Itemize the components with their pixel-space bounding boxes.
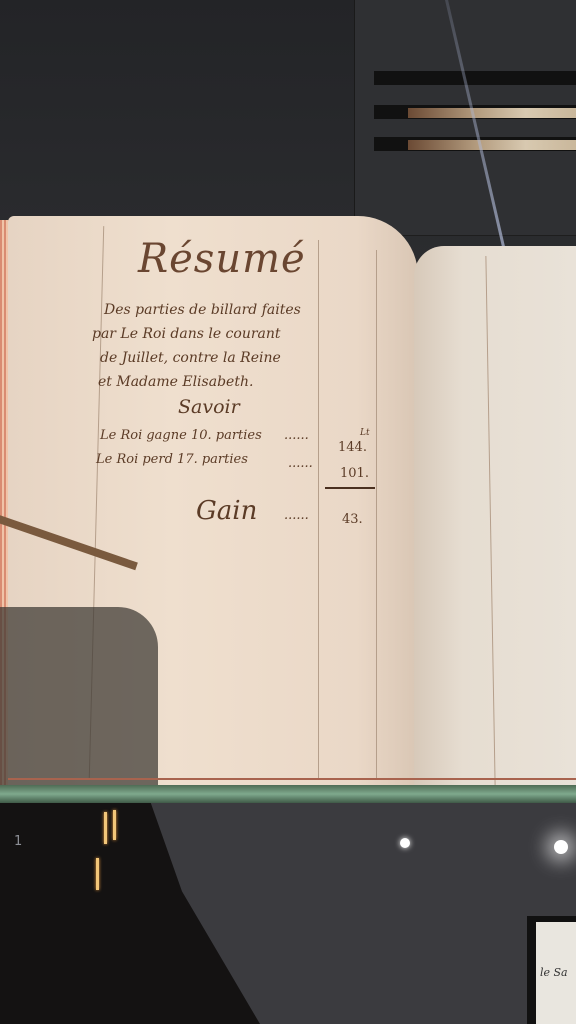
- manuscript-title: Résumé: [138, 236, 306, 282]
- column-rule: [376, 250, 377, 780]
- book-cover-edge: [0, 785, 576, 803]
- manuscript-right-page: [414, 246, 576, 788]
- reflected-light: [96, 858, 99, 890]
- display-slot: [374, 71, 576, 85]
- intro-line: de Juillet, contre la Reine: [100, 350, 281, 366]
- column-rule: [318, 240, 319, 780]
- total-amount: 43.: [342, 512, 363, 527]
- phone-shadow: [0, 607, 158, 797]
- display-card: le Sa: [536, 922, 576, 1024]
- case-number: 1: [14, 834, 22, 849]
- entry-leader: ......: [284, 428, 309, 443]
- spotlight-reflection: [554, 840, 568, 854]
- page-bottom-rule: [8, 778, 576, 780]
- entry-label: Le Roi gagne 10. parties: [100, 428, 262, 443]
- intro-line: Des parties de billard faites: [104, 302, 301, 318]
- display-slot: [374, 137, 576, 151]
- spotlight-reflection: [400, 838, 410, 848]
- entry-leader: ......: [288, 456, 313, 471]
- entry-amount: 144.: [338, 440, 367, 455]
- entry-unit: Lt: [360, 428, 370, 438]
- total-leader: ......: [284, 508, 309, 523]
- intro-line: par Le Roi dans le courant: [92, 326, 281, 342]
- reflected-light: [104, 812, 107, 844]
- reflected-light: [113, 810, 116, 840]
- total-label: Gain: [196, 496, 257, 526]
- intro-line: et Madame Elisabeth.: [98, 374, 253, 390]
- entry-amount: 101.: [340, 466, 369, 481]
- entry-label: Le Roi perd 17. parties: [96, 452, 248, 467]
- sum-line: [325, 487, 375, 489]
- savoir-heading: Savoir: [178, 396, 240, 418]
